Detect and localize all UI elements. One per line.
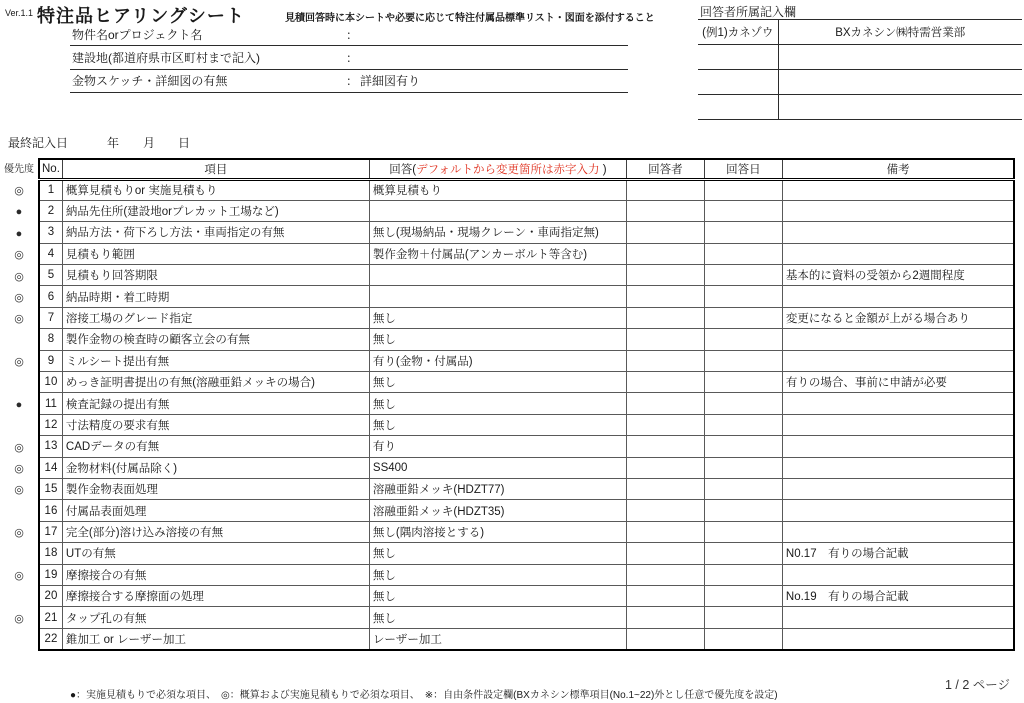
priority-mark: ●	[0, 395, 38, 416]
priority-mark: ●	[0, 202, 38, 223]
affiliation-row	[698, 95, 1022, 120]
respondent-cell[interactable]	[626, 393, 704, 414]
respondent-header: 回答者	[626, 159, 704, 179]
item-cell: 製作金物表面処理	[62, 478, 369, 499]
remark-cell	[782, 243, 1014, 264]
no-cell: 11	[39, 393, 62, 414]
remark-cell	[782, 222, 1014, 243]
date-cell[interactable]	[704, 628, 782, 649]
answer-header-prefix: 回答(	[389, 164, 416, 176]
item-cell: 錐加工 or レーザー加工	[62, 628, 369, 649]
table-row: 11検査記録の提出有無無し	[39, 393, 1014, 414]
answer-cell[interactable]: 有り(金物・付属品)	[369, 350, 626, 371]
no-cell: 15	[39, 478, 62, 499]
field-label: 物件名orプロジェクト名	[70, 26, 346, 43]
table-row: 10めっき証明書提出の有無(溶融亜鉛メッキの場合)無し有りの場合、事前に申請が必…	[39, 372, 1014, 393]
date-cell[interactable]	[704, 372, 782, 393]
affiliation-row	[698, 45, 1022, 70]
date-cell[interactable]	[704, 243, 782, 264]
answer-header-red-note: デフォルトから変更箇所は赤字入力	[416, 164, 603, 176]
answer-cell[interactable]: 無し(隅肉溶接とする)	[369, 521, 626, 542]
respondent-name-cell[interactable]	[698, 95, 778, 120]
respondent-cell[interactable]	[626, 265, 704, 286]
answer-cell[interactable]: 有り	[369, 436, 626, 457]
item-cell: 納品方法・荷下ろし方法・車両指定の有無	[62, 222, 369, 243]
field-colon: ：	[346, 72, 360, 89]
item-cell: 製作金物の検査時の顧客立会の有無	[62, 329, 369, 350]
answer-cell[interactable]: 無し	[369, 564, 626, 585]
answer-cell[interactable]: 無し	[369, 414, 626, 435]
answer-cell[interactable]: 無し	[369, 607, 626, 628]
respondent-name-cell[interactable]: (例1)カネゾウ	[698, 20, 778, 45]
priority-mark: ◎	[0, 267, 38, 288]
respondent-dept-cell[interactable]	[778, 70, 1022, 95]
item-cell: 金物材料(付属品除く)	[62, 457, 369, 478]
priority-mark: ◎	[0, 245, 38, 266]
date-cell[interactable]	[704, 222, 782, 243]
respondent-cell[interactable]	[626, 457, 704, 478]
remark-cell	[782, 329, 1014, 350]
respondent-cell[interactable]	[626, 286, 704, 307]
respondent-cell[interactable]	[626, 521, 704, 542]
field-colon: ：	[346, 49, 360, 66]
field-value[interactable]: 詳細図有り	[360, 72, 628, 89]
no-cell: 10	[39, 372, 62, 393]
priority-mark: ◎	[0, 459, 38, 480]
no-cell: 7	[39, 307, 62, 328]
priority-mark: ◎	[0, 181, 38, 202]
affiliation-row: (例1)カネゾウBXカネシン㈱特需営業部	[698, 20, 1022, 45]
no-cell: 22	[39, 628, 62, 649]
priority-mark	[0, 374, 38, 395]
respondent-cell[interactable]	[626, 564, 704, 585]
entry-date-month: 月	[143, 134, 155, 151]
affiliation-table-body: (例1)カネゾウBXカネシン㈱特需営業部	[698, 20, 1022, 120]
respondent-cell[interactable]	[626, 628, 704, 649]
date-cell[interactable]	[704, 478, 782, 499]
date-cell[interactable]	[704, 329, 782, 350]
date-cell[interactable]	[704, 543, 782, 564]
answer-cell[interactable]: 溶融亜鉛メッキ(HDZT77)	[369, 478, 626, 499]
answer-cell[interactable]: 無し	[369, 585, 626, 606]
no-cell: 20	[39, 585, 62, 606]
table-row: 2納品先住所(建設地orプレカット工場など)	[39, 200, 1014, 221]
item-cell: 溶接工場のグレード指定	[62, 307, 369, 328]
page-root: { "header": { "version": "Ver.1.1", "tit…	[0, 0, 1024, 703]
answer-cell[interactable]: 無し(現場納品・現場クレーン・車両指定無)	[369, 222, 626, 243]
entry-date-day: 日	[178, 134, 190, 151]
date-cell[interactable]	[704, 457, 782, 478]
remark-cell	[782, 286, 1014, 307]
respondent-cell[interactable]	[626, 329, 704, 350]
item-cell: 概算見積もりor 実施見積もり	[62, 179, 369, 200]
entry-date-year: 年	[107, 134, 119, 151]
no-cell: 14	[39, 457, 62, 478]
table-row: 14金物材料(付属品除く)SS400	[39, 457, 1014, 478]
table-row: 5見積もり回答期限基本的に資料の受領から2週間程度	[39, 265, 1014, 286]
no-cell: 4	[39, 243, 62, 264]
priority-mark	[0, 630, 38, 651]
table-row: 7溶接工場のグレード指定無し変更になると金額が上がる場合あり	[39, 307, 1014, 328]
remark-cell	[782, 200, 1014, 221]
date-cell[interactable]	[704, 521, 782, 542]
respondent-cell[interactable]	[626, 307, 704, 328]
remark-cell	[782, 564, 1014, 585]
item-cell: 検査記録の提出有無	[62, 393, 369, 414]
respondent-name-cell[interactable]	[698, 70, 778, 95]
no-cell: 13	[39, 436, 62, 457]
table-row: 8製作金物の検査時の顧客立会の有無無し	[39, 329, 1014, 350]
priority-mark: ◎	[0, 566, 38, 587]
answer-cell[interactable]: 無し	[369, 307, 626, 328]
table-row: 17完全(部分)溶け込み溶接の有無無し(隅肉溶接とする)	[39, 521, 1014, 542]
remark-header: 備考	[782, 159, 1014, 179]
priority-mark	[0, 545, 38, 566]
date-cell[interactable]	[704, 265, 782, 286]
field-label: 建設地(都道府県市区町村まで記入)	[70, 49, 346, 66]
respondent-dept-cell[interactable]	[778, 95, 1022, 120]
no-cell: 21	[39, 607, 62, 628]
table-row: 9ミルシート提出有無有り(金物・付属品)	[39, 350, 1014, 371]
answer-cell[interactable]: 無し	[369, 329, 626, 350]
respondent-cell[interactable]	[626, 478, 704, 499]
table-row: 19摩擦接合の有無無し	[39, 564, 1014, 585]
remark-cell	[782, 478, 1014, 499]
remark-cell: N0.17 有りの場合記載	[782, 543, 1014, 564]
priority-mark	[0, 502, 38, 523]
item-cell: 付属品表面処理	[62, 500, 369, 521]
no-cell: 18	[39, 543, 62, 564]
table-row: 6納品時期・着工時期	[39, 286, 1014, 307]
remark-cell	[782, 607, 1014, 628]
answer-header-suffix: )	[603, 164, 607, 176]
affiliation-table: (例1)カネゾウBXカネシン㈱特需営業部	[698, 19, 1022, 120]
entry-date-line: 最終記入日 年 月 日	[8, 134, 308, 152]
table-row: 12寸法精度の要求有無無し	[39, 414, 1014, 435]
item-cell: 寸法精度の要求有無	[62, 414, 369, 435]
item-cell: 摩擦接合の有無	[62, 564, 369, 585]
answer-cell[interactable]: 概算見積もり	[369, 179, 626, 200]
item-cell: UTの有無	[62, 543, 369, 564]
item-cell: ミルシート提出有無	[62, 350, 369, 371]
priority-header: 優先度	[0, 158, 38, 181]
date-cell[interactable]	[704, 585, 782, 606]
header-field-row: 金物スケッチ・詳細図の有無：詳細図有り	[70, 70, 628, 93]
item-header: 項目	[62, 159, 369, 179]
no-cell: 12	[39, 414, 62, 435]
item-cell: めっき証明書提出の有無(溶融亜鉛メッキの場合)	[62, 372, 369, 393]
footer-legend: ●：実施見積もりで必須な項目、 ◎：概算および実施見積もりで必須な項目、 ※：自…	[70, 686, 778, 701]
priority-mark: ●	[0, 224, 38, 245]
no-cell: 3	[39, 222, 62, 243]
table-row: 20摩擦接合する摩擦面の処理無しNo.19 有りの場合記載	[39, 585, 1014, 606]
no-cell: 5	[39, 265, 62, 286]
remark-cell: No.19 有りの場合記載	[782, 585, 1014, 606]
remark-cell: 変更になると金額が上がる場合あり	[782, 307, 1014, 328]
field-colon: ：	[346, 26, 360, 43]
item-cell: 見積もり回答期限	[62, 265, 369, 286]
date-cell[interactable]	[704, 393, 782, 414]
item-cell: 完全(部分)溶け込み溶接の有無	[62, 521, 369, 542]
respondent-cell[interactable]	[626, 372, 704, 393]
page-subtitle: 見積回答時に本シートや必要に応じて特注付属品標準リスト・図面を添付すること	[285, 9, 655, 24]
date-cell[interactable]	[704, 286, 782, 307]
entry-date-label: 最終記入日	[8, 134, 68, 151]
answer-cell[interactable]: 無し	[369, 393, 626, 414]
no-cell: 2	[39, 200, 62, 221]
respondent-cell[interactable]	[626, 200, 704, 221]
respondent-name-cell[interactable]	[698, 45, 778, 70]
remark-cell	[782, 393, 1014, 414]
date-cell[interactable]	[704, 350, 782, 371]
answer-cell[interactable]: 無し	[369, 372, 626, 393]
answer-cell[interactable]	[369, 265, 626, 286]
table-row: 13CADデータの有無有り	[39, 436, 1014, 457]
no-cell: 6	[39, 286, 62, 307]
remark-cell	[782, 436, 1014, 457]
date-cell[interactable]	[704, 500, 782, 521]
priority-mark	[0, 331, 38, 352]
date-cell[interactable]	[704, 179, 782, 200]
remark-cell	[782, 350, 1014, 371]
affiliation-row	[698, 70, 1022, 95]
remark-cell	[782, 521, 1014, 542]
main-table-header-row: No. 項目 回答(デフォルトから変更箇所は赤字入力 ) 回答者 回答日 備考	[39, 159, 1014, 179]
remark-cell: 有りの場合、事前に申請が必要	[782, 372, 1014, 393]
answer-cell[interactable]: 無し	[369, 543, 626, 564]
no-header: No.	[39, 159, 62, 179]
table-row: 4見積もり範囲製作金物＋付属品(アンカーボルト等含む)	[39, 243, 1014, 264]
no-cell: 19	[39, 564, 62, 585]
remark-cell	[782, 500, 1014, 521]
item-cell: タップ孔の有無	[62, 607, 369, 628]
remark-cell	[782, 457, 1014, 478]
item-cell: 納品先住所(建設地orプレカット工場など)	[62, 200, 369, 221]
priority-mark: ◎	[0, 438, 38, 459]
table-row: 3納品方法・荷下ろし方法・車両指定の有無無し(現場納品・現場クレーン・車両指定無…	[39, 222, 1014, 243]
date-cell[interactable]	[704, 200, 782, 221]
no-cell: 16	[39, 500, 62, 521]
priority-column: 優先度 ◎●●◎◎◎◎◎●◎◎◎◎◎◎	[0, 158, 38, 652]
priority-mark	[0, 587, 38, 608]
priority-mark: ◎	[0, 523, 38, 544]
priority-mark	[0, 416, 38, 437]
respondent-cell[interactable]	[626, 414, 704, 435]
date-header: 回答日	[704, 159, 782, 179]
table-row: 22錐加工 or レーザー加工レーザー加工	[39, 628, 1014, 649]
date-cell[interactable]	[704, 607, 782, 628]
table-row: 16付属品表面処理溶融亜鉛メッキ(HDZT35)	[39, 500, 1014, 521]
answer-cell[interactable]	[369, 200, 626, 221]
date-cell[interactable]	[704, 307, 782, 328]
item-cell: 摩擦接合する摩擦面の処理	[62, 585, 369, 606]
remark-cell	[782, 628, 1014, 649]
date-cell[interactable]	[704, 564, 782, 585]
item-cell: CADデータの有無	[62, 436, 369, 457]
remark-cell: 基本的に資料の受領から2週間程度	[782, 265, 1014, 286]
remark-cell	[782, 414, 1014, 435]
answer-cell[interactable]: 製作金物＋付属品(アンカーボルト等含む)	[369, 243, 626, 264]
field-label: 金物スケッチ・詳細図の有無	[70, 72, 346, 89]
table-row: 15製作金物表面処理溶融亜鉛メッキ(HDZT77)	[39, 478, 1014, 499]
version-label: Ver.1.1	[5, 8, 33, 18]
table-row: 18UTの有無無しN0.17 有りの場合記載	[39, 543, 1014, 564]
main-table: No. 項目 回答(デフォルトから変更箇所は赤字入力 ) 回答者 回答日 備考 …	[38, 158, 1015, 651]
header-field-row: 物件名orプロジェクト名：	[70, 23, 628, 46]
priority-mark: ◎	[0, 352, 38, 373]
respondent-cell[interactable]	[626, 436, 704, 457]
respondent-cell[interactable]	[626, 179, 704, 200]
answer-cell[interactable]: 溶融亜鉛メッキ(HDZT35)	[369, 500, 626, 521]
affiliation-title: 回答者所属記入欄	[700, 3, 796, 20]
no-cell: 17	[39, 521, 62, 542]
respondent-dept-cell[interactable]	[778, 45, 1022, 70]
date-cell[interactable]	[704, 436, 782, 457]
priority-mark: ◎	[0, 609, 38, 630]
answer-cell[interactable]: SS400	[369, 457, 626, 478]
priority-mark: ◎	[0, 288, 38, 309]
respondent-cell[interactable]	[626, 543, 704, 564]
table-row: 21タップ孔の有無無し	[39, 607, 1014, 628]
priority-mark: ◎	[0, 309, 38, 330]
item-cell: 見積もり範囲	[62, 243, 369, 264]
no-cell: 8	[39, 329, 62, 350]
respondent-cell[interactable]	[626, 500, 704, 521]
header-fields: 物件名orプロジェクト名：建設地(都道府県市区町村まで記入)：金物スケッチ・詳細…	[70, 23, 628, 93]
respondent-cell[interactable]	[626, 222, 704, 243]
table-row: 1概算見積もりor 実施見積もり概算見積もり	[39, 179, 1014, 200]
page-indicator: 1 / 2 ページ	[860, 675, 1010, 693]
answer-cell[interactable]	[369, 286, 626, 307]
respondent-cell[interactable]	[626, 585, 704, 606]
header-field-row: 建設地(都道府県市区町村まで記入)：	[70, 46, 628, 69]
date-cell[interactable]	[704, 414, 782, 435]
item-cell: 納品時期・着工時期	[62, 286, 369, 307]
respondent-dept-cell[interactable]: BXカネシン㈱特需営業部	[778, 20, 1022, 45]
answer-cell[interactable]: レーザー加工	[369, 628, 626, 649]
remark-cell	[782, 179, 1014, 200]
respondent-cell[interactable]	[626, 350, 704, 371]
answer-header: 回答(デフォルトから変更箇所は赤字入力 )	[369, 159, 626, 179]
respondent-cell[interactable]	[626, 243, 704, 264]
respondent-cell[interactable]	[626, 607, 704, 628]
no-cell: 1	[39, 179, 62, 200]
main-table-body: 1概算見積もりor 実施見積もり概算見積もり2納品先住所(建設地orプレカット工…	[39, 179, 1014, 650]
priority-mark: ◎	[0, 480, 38, 501]
no-cell: 9	[39, 350, 62, 371]
